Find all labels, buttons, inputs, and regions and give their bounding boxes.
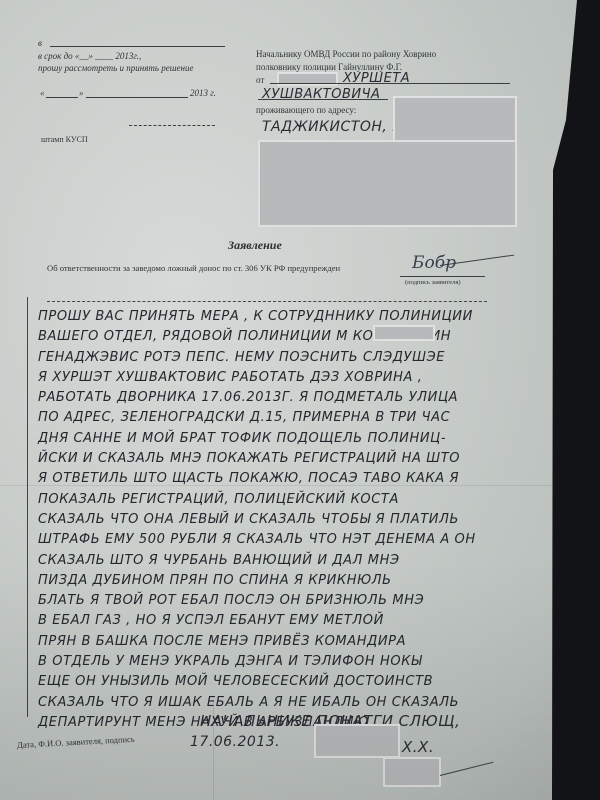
statement-line: дня санне и мой брат Тофик подощель поли… [38,429,548,449]
statement-line: в отдель у менэ украль дэнга и тэлифон н… [38,652,548,672]
statement-body: Прошу вас принять мера , к сотрудннику п… [38,307,548,733]
date-name-signature-label: Дата, Ф.И.О. заявителя, подпись [17,734,135,750]
statement-line: по адрес, Зеленоградски д.15, примерна в… [38,408,548,428]
document-title: Заявление [228,238,282,253]
resolution-request: прошу рассмотреть и принять решение [38,63,193,73]
paper-fold-vertical [213,700,214,800]
signature-underline [400,276,485,277]
statement-line: в ебал газ , но я успэл ебанут ему метло… [38,611,548,631]
statement-line: блать я твой рот ебал послэ он бризнюль … [38,591,548,611]
addressee-line1: Начальнику ОМВД России по району Ховрино [256,49,436,59]
resolution-year: 2013 г. [190,88,216,98]
signature-caption: (подпись заявителя) [405,279,461,286]
resolution-line1-underline [50,46,225,47]
statement-line: Генаджэвис Ротэ пепс. Нему поэснить слэд… [38,348,548,368]
redacted-footer-name [314,724,400,758]
footer-signature-stroke [440,762,494,776]
document-paper: в в срок до «__» ____ 2013г., прошу расс… [0,0,600,800]
statement-line: работать дворника 17.06.2013г. я подмета… [38,388,548,408]
initials-handwritten: Х.Х. [402,738,434,756]
resolution-day-underline [46,97,78,98]
from-label: от [256,75,264,85]
resolution-deadline: в срок до «__» ____ 2013г., [38,51,141,61]
statement-line: йски и сказаль мнэ покажать регистраций … [38,449,548,469]
statement-line: показаль регистраций, полицейский Коста [38,490,548,510]
statement-line: сказаль што я чурбань ванющий и дал мнэ [38,551,548,571]
date-handwritten: 17.06.2013. [190,734,280,750]
residence-handwritten: ТАДЖИКИСТОН, Г [262,119,401,135]
resolution-signature-line [129,125,215,126]
statement-line: штрафь ему 500 рубли я сказаль что нэт д… [38,530,548,550]
statement-line: сказаль что я ишак ебаль а я не ибаль он… [38,693,548,713]
redacted-address-block [258,140,517,227]
statement-line: прян в башка после менэ привёз командира [38,632,548,652]
statement-frame-top-dashes [47,301,487,302]
resolution-date-open-quote: « [40,88,45,98]
paper-fold-horizontal [0,485,600,486]
resolution-date-close-quote: » [79,88,84,98]
statement-line: еще он унызиль мой человесеский достоинс… [38,672,548,692]
kusp-stamp-label: штамп КУСП [41,135,88,144]
residence-label: проживающего по адресу: [256,105,356,115]
from-line2-underline [258,99,388,100]
false-report-warning: Об ответственности за заведомо ложный до… [47,263,340,273]
statement-line: пизда дубином прян по спина я крикнюль [38,571,548,591]
from-underline [270,83,510,84]
redacted-address-top [393,96,517,143]
statement-line: я ответиль што щасть покажю, посаэ таво … [38,469,548,489]
statement-line: Прошу вас принять мера , к сотрудннику п… [38,307,548,327]
resolution-month-underline [86,97,188,98]
redacted-footer-signature [383,757,441,787]
statement-line: сказаль что она левый и сказаль чтобы я … [38,510,548,530]
statement-line: вашего отдел, рядовой полиниции M Конста… [38,327,548,347]
redacted-officer-surname [373,325,435,341]
resolution-line1-prefix: в [38,38,42,48]
statement-line: Я Хуршэт Хушвактовис работать ДЭЗ Ховрин… [38,368,548,388]
